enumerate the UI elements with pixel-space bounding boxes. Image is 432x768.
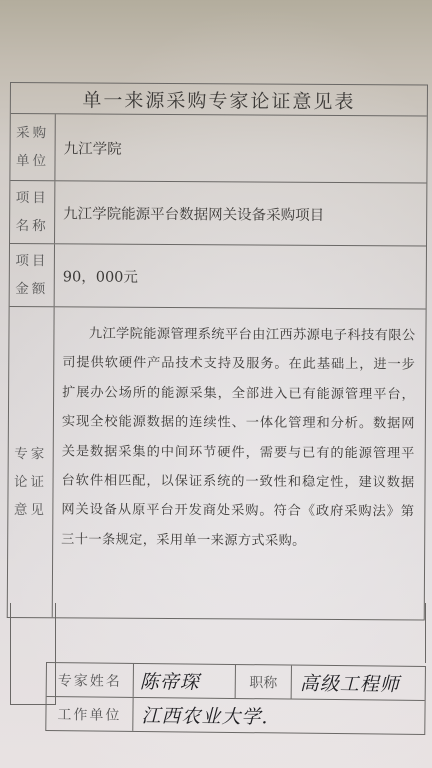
- row-project-name: 项目 名称 九江学院能源平台数据网关设备采购项目: [10, 181, 426, 247]
- expert-name-handwritten: 陈帝琛: [134, 664, 236, 698]
- label-line: 金额: [15, 275, 48, 303]
- procurement-unit-label: 采购 单位: [10, 114, 55, 180]
- label-line: 专家: [14, 440, 47, 468]
- title-handwritten: 高级工程师: [292, 666, 425, 700]
- signature-table: 专家姓名 陈帝琛 职称 高级工程师 工作单位 江西农业大学.: [45, 662, 426, 735]
- label-line: 意见: [14, 496, 47, 524]
- row-expert-opinion: 专家 论证 意见 九江学院能源管理系统平台由江西苏源电子科技有限公司提供软硬件产…: [8, 307, 426, 620]
- expert-opinion-form: 单一来源采购专家论证意见表 采购 单位 九江学院 项目 名称 九江学院能源平台数…: [7, 82, 428, 621]
- work-unit-handwritten: 江西农业大学.: [133, 698, 424, 734]
- expert-name-label: 专家姓名: [47, 663, 134, 697]
- row-procurement-unit: 采购 单位 九江学院: [10, 114, 426, 184]
- label-line: 单位: [16, 147, 49, 175]
- label-line: 名称: [16, 212, 49, 240]
- title-label: 职称: [236, 665, 292, 699]
- label-line: 项目: [16, 184, 49, 212]
- project-amount-value: 90，000元: [55, 244, 426, 308]
- row-project-amount: 项目 金额 90，000元: [10, 244, 426, 310]
- form-right-border: [425, 603, 426, 663]
- expert-opinion-label: 专家 论证 意见: [8, 307, 55, 617]
- procurement-unit-value: 九江学院: [55, 114, 426, 182]
- form-title: 单一来源采购专家论证意见表: [11, 83, 427, 117]
- project-amount-label: 项目 金额: [10, 244, 55, 306]
- work-unit-label: 工作单位: [46, 697, 133, 731]
- project-name-value: 九江学院能源平台数据网关设备采购项目: [55, 181, 426, 245]
- signature-row-name-title: 专家姓名 陈帝琛 职称 高级工程师: [47, 663, 425, 700]
- label-line: 采购: [16, 119, 49, 147]
- label-line: 论证: [14, 468, 47, 496]
- opinion-body: 九江学院能源管理系统平台由江西苏源电子科技有限公司提供软硬件产品技术支持及服务。…: [53, 307, 426, 619]
- opinion-text: 九江学院能源管理系统平台由江西苏源电子科技有限公司提供软硬件产品技术支持及服务。…: [53, 307, 426, 557]
- label-line: 项目: [15, 247, 48, 275]
- project-name-label: 项目 名称: [10, 181, 55, 243]
- signature-row-work-unit: 工作单位 江西农业大学.: [46, 696, 424, 734]
